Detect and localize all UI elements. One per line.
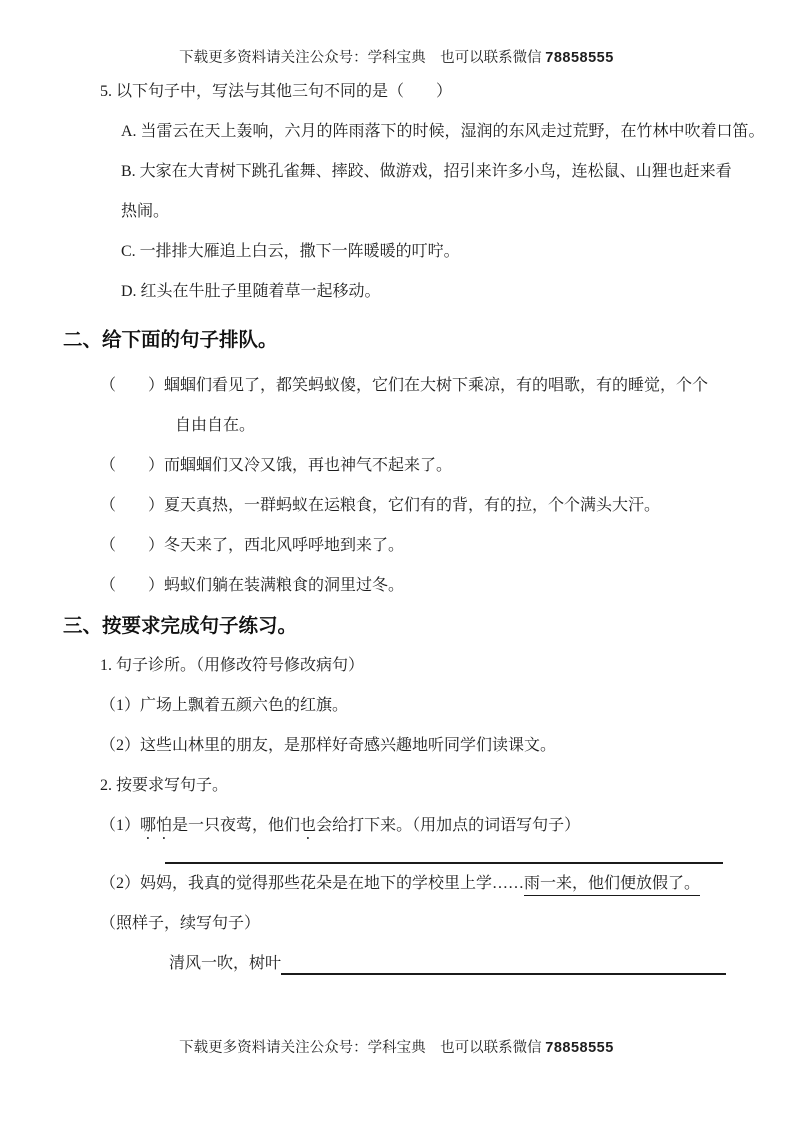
- sentence-clinic-title: 1. 句子诊所。（用修改符号修改病句）: [100, 646, 770, 686]
- dotted-word-napa: 哪怕: [140, 817, 172, 834]
- worksheet-content: 5. 以下句子中，写法与其他三句不同的是（ ） A. 当雷云在天上轰响，六月的阵…: [100, 72, 770, 984]
- continuation-row: 清风一吹，树叶: [169, 944, 726, 984]
- worksheet-page: 下载更多资料请关注公众号：学科宝典 也可以联系微信 78858555 5. 以下…: [0, 0, 793, 1122]
- answer-paren-blank: （ ）: [100, 537, 164, 554]
- promo-header-number: 78858555: [545, 50, 614, 66]
- option-b: B. 大家在大青树下跳孔雀舞、摔跤、做游戏，招引来许多小鸟，连松鼠、山狸也赶来看…: [121, 152, 767, 232]
- ordering-item: （ ）冬天来了，西北风呼呼地到来了。: [100, 526, 762, 566]
- write-item-1-number: （1）: [100, 817, 140, 834]
- ordering-item: （ ）蚂蚁们躺在装满粮食的洞里过冬。: [100, 566, 762, 606]
- write-item-2-note: （照样子，续写句子）: [100, 904, 770, 944]
- write-item-2: （2）妈妈，我真的觉得那些花朵是在地下的学校里上学……雨一来，他们便放假了。: [100, 864, 770, 904]
- section-2-items: （ ）蝈蝈们看见了，都笑蚂蚁傻，它们在大树下乘凉，有的唱歌，有的睡觉，个个 自由…: [100, 366, 762, 606]
- answer-paren-blank: （ ）: [100, 577, 164, 594]
- ordering-item: （ ）蝈蝈们看见了，都笑蚂蚁傻，它们在大树下乘凉，有的唱歌，有的睡觉，个个 自由…: [100, 366, 762, 446]
- ordering-item-text: 夏天真热，一群蚂蚁在运粮食，它们有的背，有的拉，个个满头大汗。: [164, 497, 660, 514]
- question-5-stem: 5. 以下句子中，写法与其他三句不同的是（ ）: [100, 72, 770, 112]
- promo-header: 下载更多资料请关注公众号：学科宝典 也可以联系微信 78858555: [0, 46, 793, 70]
- clinic-item-1: （1）广场上飘着五颜六色的红旗。: [100, 686, 770, 726]
- answer-paren-blank: （ ）: [100, 457, 164, 474]
- write-item-1-suffix: 会给打下来。（用加点的词语写句子）: [316, 817, 580, 834]
- option-a: A. 当雷云在天上轰响，六月的阵雨落下的时候，湿润的东风走过荒野，在竹林中吹着口…: [121, 112, 767, 152]
- write-item-1-middle: 是一只夜莺，他们: [172, 817, 300, 834]
- promo-footer-text: 下载更多资料请关注公众号：学科宝典 也可以联系微信: [179, 1040, 545, 1056]
- write-item-2-lead: 妈妈，我真的觉得那些花朵是在地下的学校里上学……: [140, 875, 524, 892]
- write-sentences-title: 2. 按要求写句子。: [100, 766, 770, 806]
- continuation-lead-text: 清风一吹，树叶: [169, 944, 281, 984]
- promo-header-text: 下载更多资料请关注公众号：学科宝典 也可以联系微信: [179, 50, 545, 66]
- write-item-1: （1）哪怕是一只夜莺，他们也会给打下来。（用加点的词语写句子）: [100, 806, 770, 846]
- option-d: D. 红头在牛肚子里随着草一起移动。: [121, 272, 767, 312]
- answer-blank-line: [165, 846, 723, 864]
- ordering-item: （ ）夏天真热，一群蚂蚁在运粮食，它们有的背，有的拉，个个满头大汗。: [100, 486, 762, 526]
- option-c: C. 一排排大雁追上白云，撒下一阵暖暖的叮咛。: [121, 232, 767, 272]
- promo-footer: 下载更多资料请关注公众号：学科宝典 也可以联系微信 78858555: [0, 1036, 793, 1060]
- answer-paren-blank: （ ）: [100, 497, 164, 514]
- underlined-example: 雨一来，他们便放假了。: [524, 875, 700, 896]
- promo-footer-number: 78858555: [545, 1040, 614, 1056]
- continuation-blank-line: [281, 944, 726, 975]
- section-3-heading: 三、按要求完成句子练习。: [63, 606, 770, 646]
- ordering-item-text: 蝈蝈们看见了，都笑蚂蚁傻，它们在大树下乘凉，有的唱歌，有的睡觉，个个 自由自在。: [164, 377, 708, 434]
- ordering-item: （ ）而蝈蝈们又冷又饿，再也神气不起来了。: [100, 446, 762, 486]
- dotted-word-ye: 也: [300, 817, 316, 834]
- clinic-item-2: （2）这些山林里的朋友，是那样好奇感兴趣地听同学们读课文。: [100, 726, 770, 766]
- ordering-item-text: 蚂蚁们躺在装满粮食的洞里过冬。: [164, 577, 404, 594]
- answer-paren-blank: （ ）: [100, 377, 164, 394]
- write-item-2-number: （2）: [100, 875, 140, 892]
- section-2-heading: 二、给下面的句子排队。: [63, 320, 770, 360]
- question-5-options: A. 当雷云在天上轰响，六月的阵雨落下的时候，湿润的东风走过荒野，在竹林中吹着口…: [121, 112, 767, 312]
- ordering-item-text: 而蝈蝈们又冷又饿，再也神气不起来了。: [164, 457, 452, 474]
- ordering-item-text: 冬天来了，西北风呼呼地到来了。: [164, 537, 404, 554]
